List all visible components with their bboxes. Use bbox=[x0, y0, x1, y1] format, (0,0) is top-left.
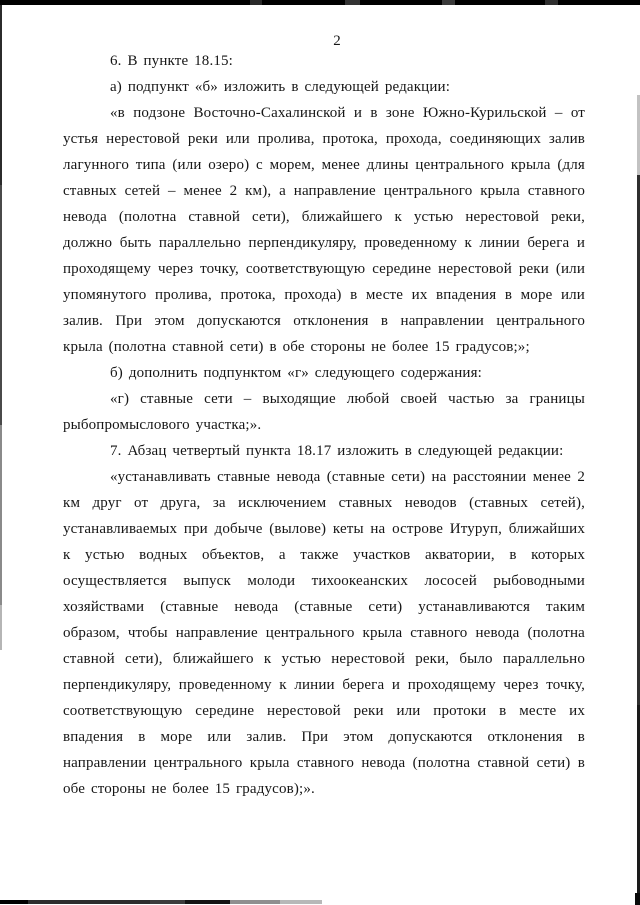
paragraph-quoted-text-18-17: «устанавливать ставные невода (ставные с… bbox=[63, 464, 585, 802]
paragraph-quoted-text-b: «в подзоне Восточно-Сахалинской и в зоне… bbox=[63, 100, 585, 360]
paragraph-clause-7: 7. Абзац четвертый пункта 18.17 изложить… bbox=[63, 438, 585, 464]
scan-edge-left bbox=[0, 5, 2, 650]
document-body: 6. В пункте 18.15: а) подпункт «б» излож… bbox=[63, 48, 585, 802]
paragraph-subclause-b: б) дополнить подпунктом «г» следующего с… bbox=[63, 360, 585, 386]
document-page: 2 6. В пункте 18.15: а) подпункт «б» изл… bbox=[0, 0, 640, 905]
scan-mark-bottom-right bbox=[635, 893, 640, 905]
scan-edge-top bbox=[0, 0, 640, 5]
page-number: 2 bbox=[76, 33, 598, 49]
paragraph-quoted-text-g: «г) ставные сети – выходящие любой своей… bbox=[63, 386, 585, 438]
scan-edge-bottom bbox=[0, 900, 322, 904]
paragraph-clause-6: 6. В пункте 18.15: bbox=[63, 48, 585, 74]
paragraph-subclause-a: а) подпункт «б» изложить в следующей ред… bbox=[63, 74, 585, 100]
